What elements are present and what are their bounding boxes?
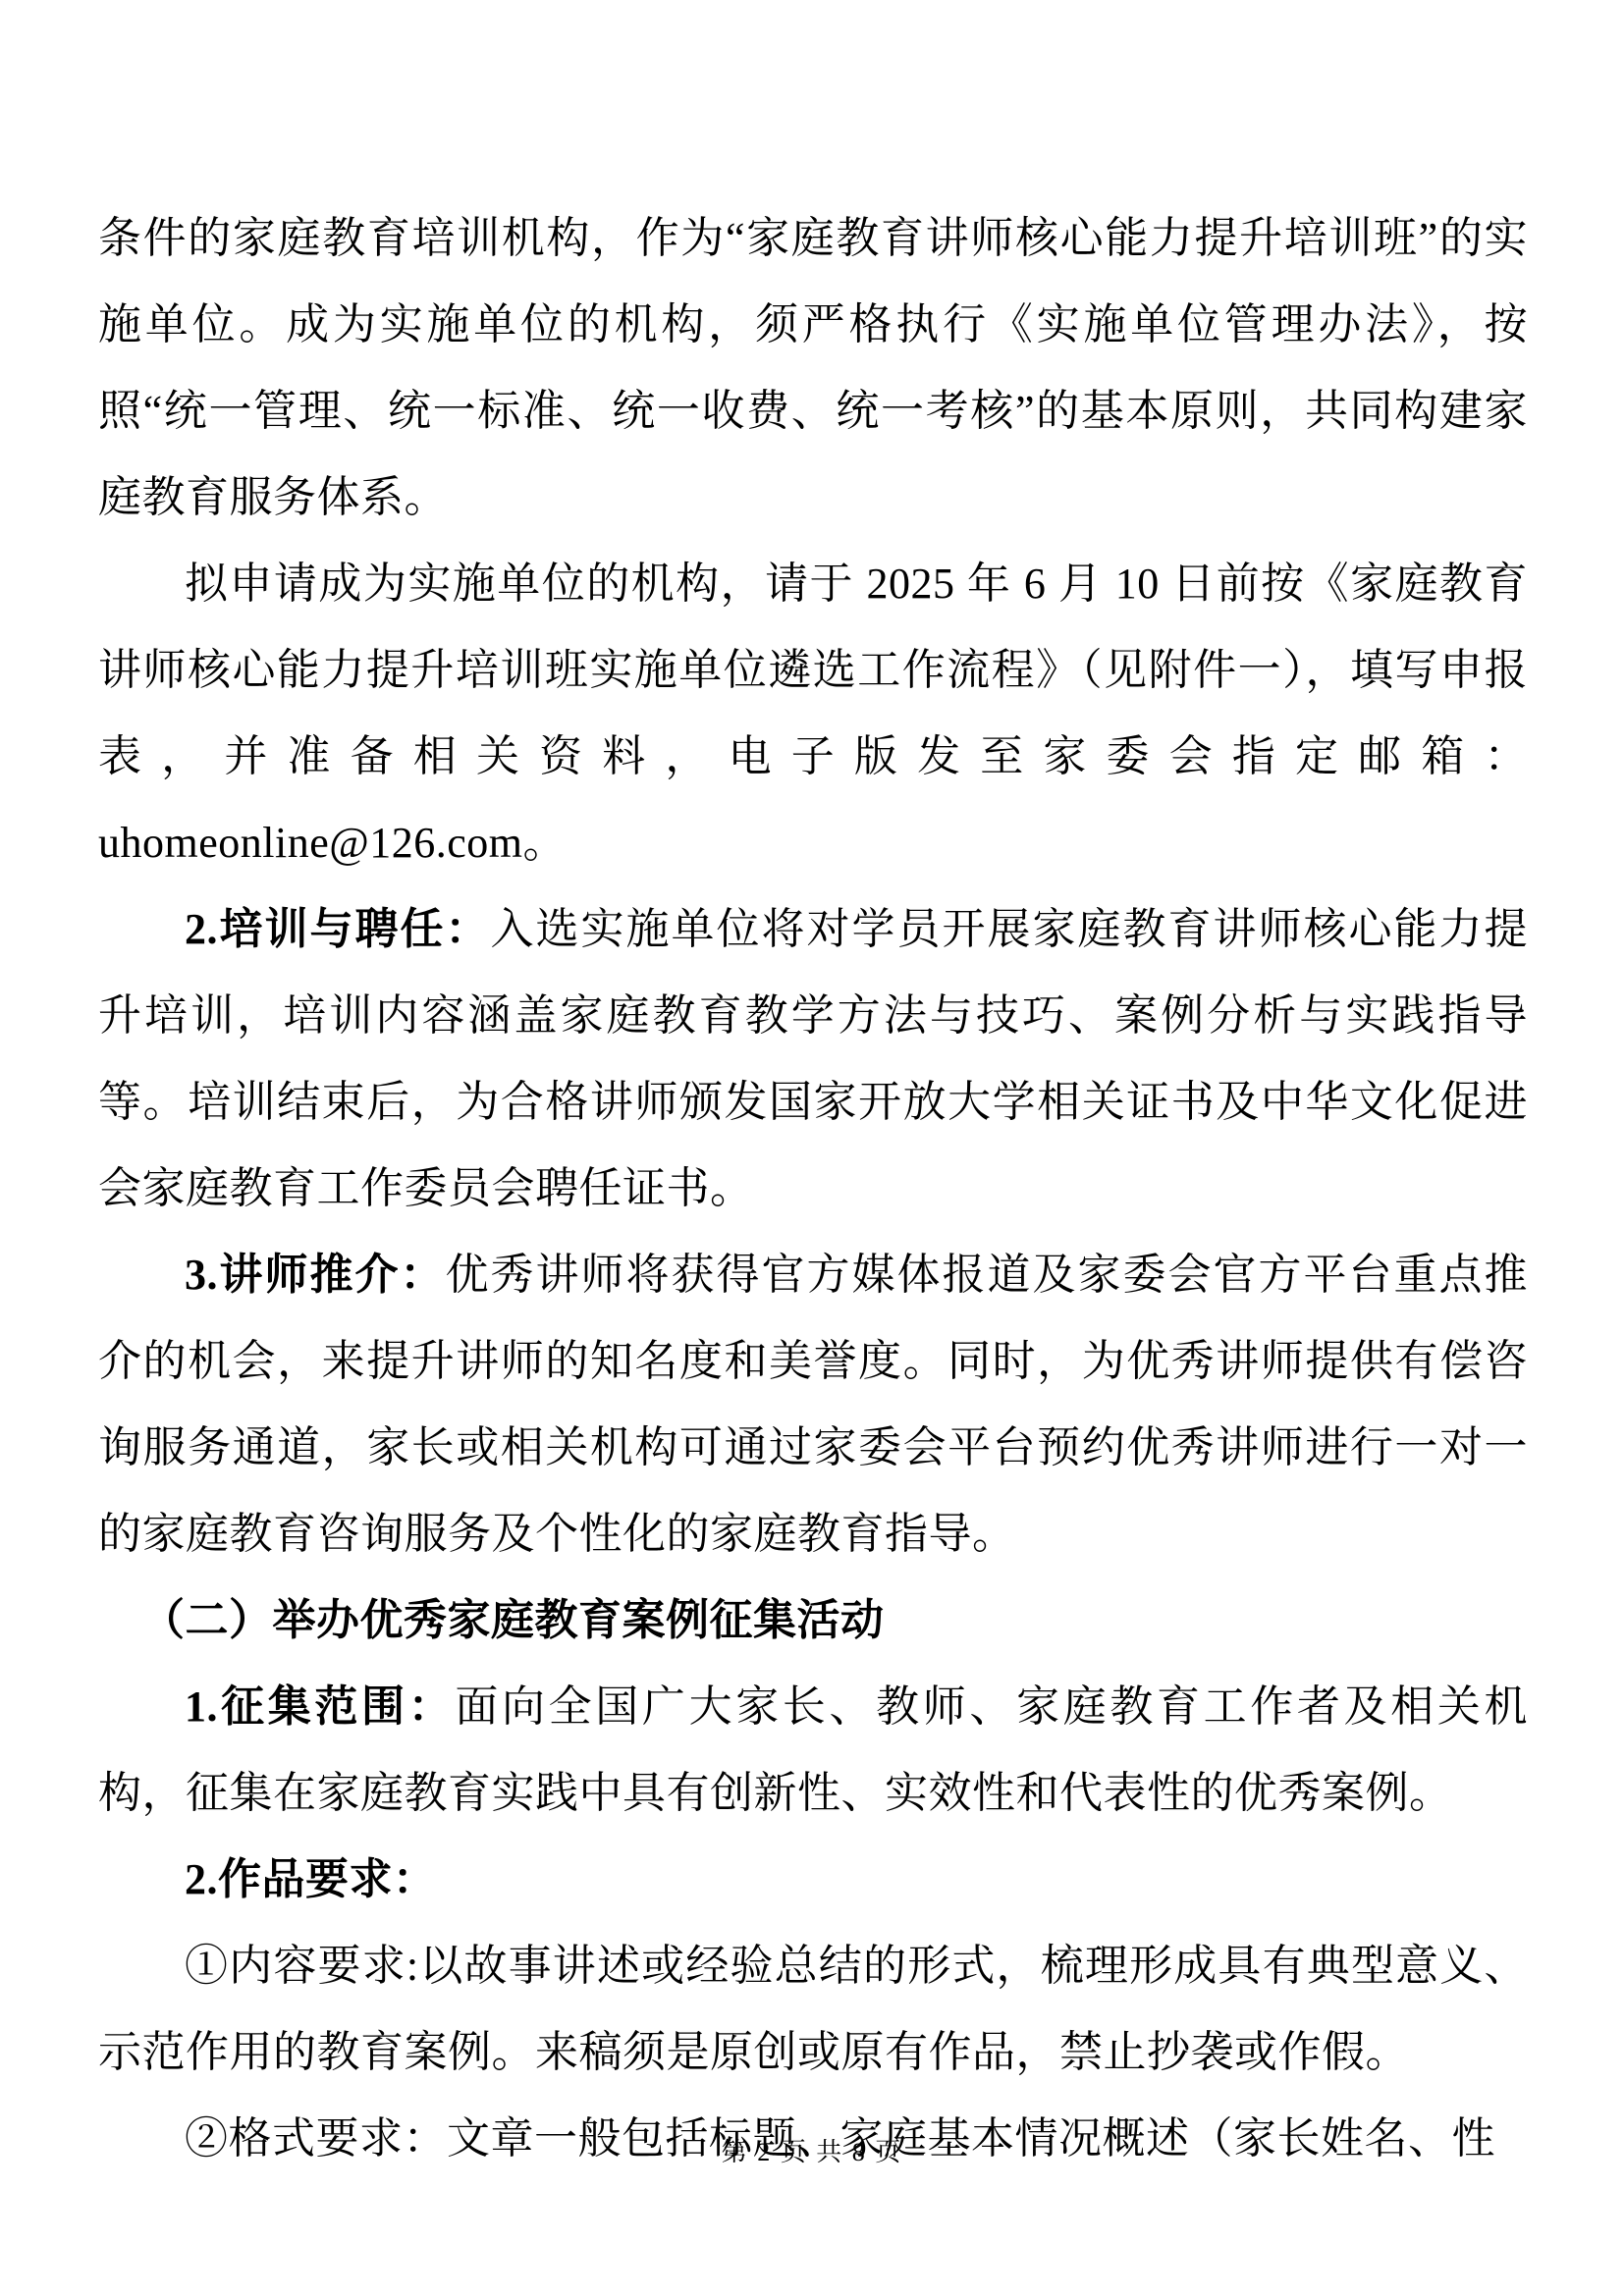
bold-lead-label: 1.征集范围： (185, 1682, 455, 1731)
paragraph: ①内容要求:以故事讲述或经验总结的形式，梳理形成具有典型意义、示范作用的教育案例… (98, 1923, 1528, 2096)
paragraph: 条件的家庭教育培训机构，作为“家庭教育讲师核心能力提升培训班”的实施单位。成为实… (98, 195, 1528, 541)
section-heading-text: （二）举办优秀家庭教育案例征集活动 (141, 1596, 885, 1644)
document-body: 条件的家庭教育培训机构，作为“家庭教育讲师核心能力提升培训班”的实施单位。成为实… (98, 195, 1528, 2182)
document-page: 条件的家庭教育培训机构，作为“家庭教育讲师核心能力提升培训班”的实施单位。成为实… (0, 0, 1624, 2296)
paragraph: 2.培训与聘任：入选实施单位将对学员开展家庭教育讲师核心能力提升培训，培训内容涵… (98, 886, 1528, 1232)
bold-lead-label: 3.讲师推介： (185, 1251, 446, 1299)
paragraph: 1.征集范围：面向全国广大家长、教师、家庭教育工作者及相关机构，征集在家庭教育实… (98, 1664, 1528, 1837)
section-heading: （二）举办优秀家庭教育案例征集活动 (98, 1577, 1528, 1664)
paragraph-text: 拟申请成为实施单位的机构，请于 2025 年 6 月 10 日前按《家庭教育讲师… (98, 560, 1528, 867)
sub-heading: 2.作品要求： (98, 1837, 1528, 1923)
paragraph: 3.讲师推介：优秀讲师将获得官方媒体报道及家委会官方平台重点推介的机会，来提升讲… (98, 1232, 1528, 1577)
bold-lead-label: 2.培训与聘任： (185, 905, 491, 953)
paragraph-text: ①内容要求:以故事讲述或经验总结的形式，梳理形成具有典型意义、示范作用的教育案例… (98, 1942, 1528, 2076)
page-number-text: 第 2 页 共 8 页 (722, 2138, 903, 2166)
paragraph: 拟申请成为实施单位的机构，请于 2025 年 6 月 10 日前按《家庭教育讲师… (98, 541, 1528, 886)
paragraph-text: 条件的家庭教育培训机构，作为“家庭教育讲师核心能力提升培训班”的实施单位。成为实… (98, 214, 1528, 521)
page-footer: 第 2 页 共 8 页 (0, 2136, 1624, 2169)
sub-heading-text: 2.作品要求： (185, 1855, 437, 1903)
